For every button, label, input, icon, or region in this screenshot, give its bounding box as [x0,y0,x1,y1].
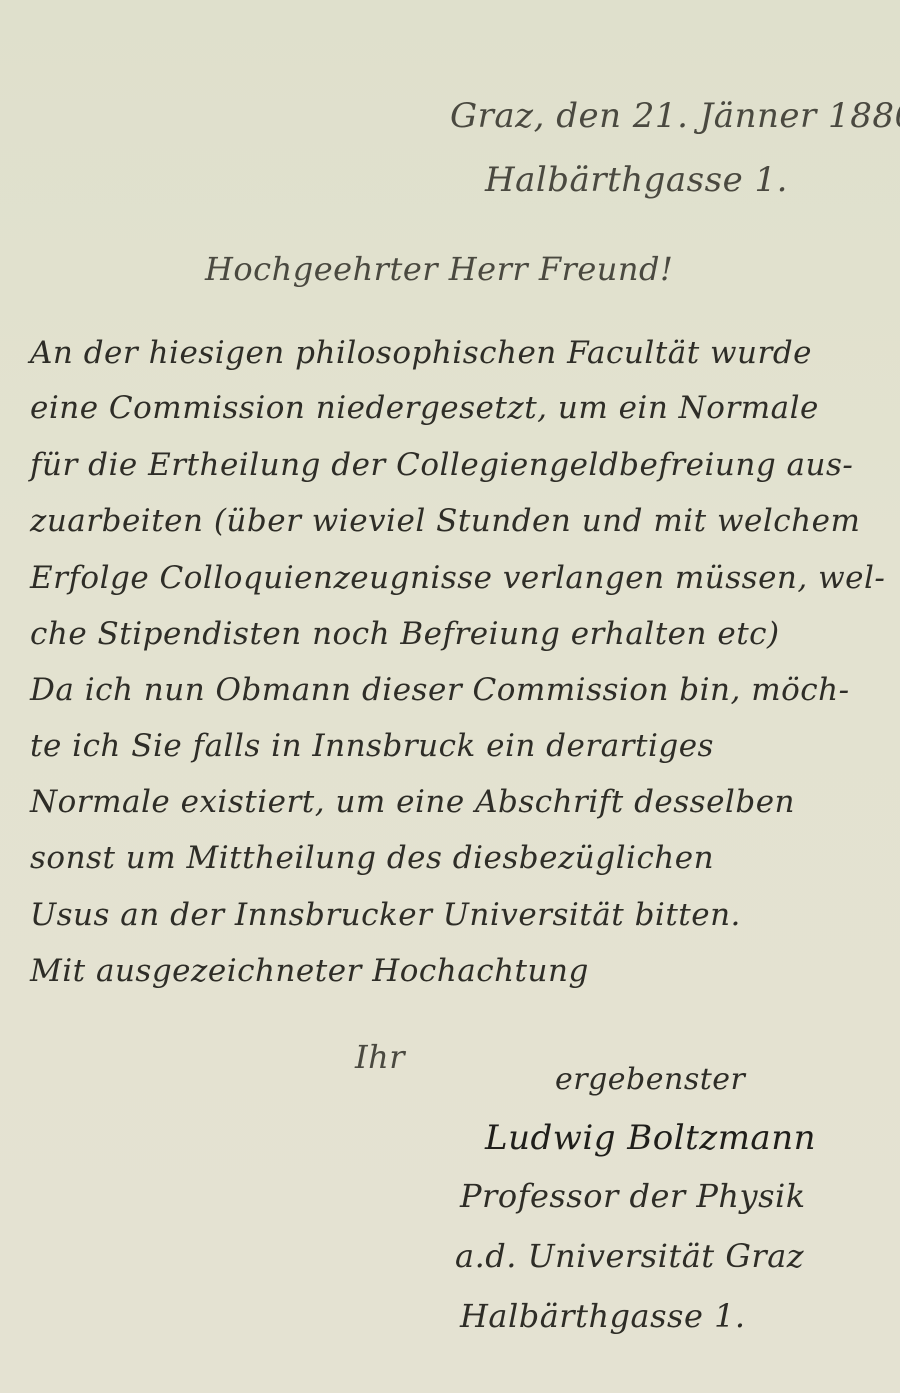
closing-ihr: Ihr [355,1038,405,1076]
signature-address: Halbärthgasse 1. [460,1297,746,1335]
body-line: An der hiesigen philosophischen Facultät… [30,335,812,371]
body-line: Da ich nun Obmann dieser Commission bin,… [30,672,850,708]
place-date-line: Graz, den 21. Jänner 1880 [450,96,900,136]
signature-title: Professor der Physik [460,1177,806,1215]
signature-institution: a.d. Universität Graz [455,1237,804,1275]
body-line: che Stipendisten noch Befreiung erhalten… [30,616,780,652]
body-line: zuarbeiten (über wieviel Stunden und mit… [30,503,860,539]
handwritten-letter-page: Graz, den 21. Jänner 1880 Halbärthgasse … [0,0,900,1393]
body-line: für die Ertheilung der Collegiengeldbefr… [30,447,853,483]
salutation: Hochgeehrter Herr Freund! [205,250,673,288]
body-line: eine Commission niedergesetzt, um ein No… [30,390,819,426]
body-line: te ich Sie falls in Innsbruck ein derart… [30,728,714,764]
body-line: sonst um Mittheilung des diesbezüglichen [30,840,714,876]
sender-address-top: Halbärthgasse 1. [485,160,788,200]
body-line: Usus an der Innsbrucker Universität bitt… [30,897,741,933]
signature-name: Ludwig Boltzmann [485,1118,816,1158]
body-line: Erfolge Colloquienzeugnisse verlangen mü… [30,560,885,596]
closing-phrase: Mit ausgezeichneter Hochachtung [30,953,589,989]
closing-ergebenster: ergebenster [555,1062,745,1097]
body-line: Normale existiert, um eine Abschrift des… [30,784,795,820]
